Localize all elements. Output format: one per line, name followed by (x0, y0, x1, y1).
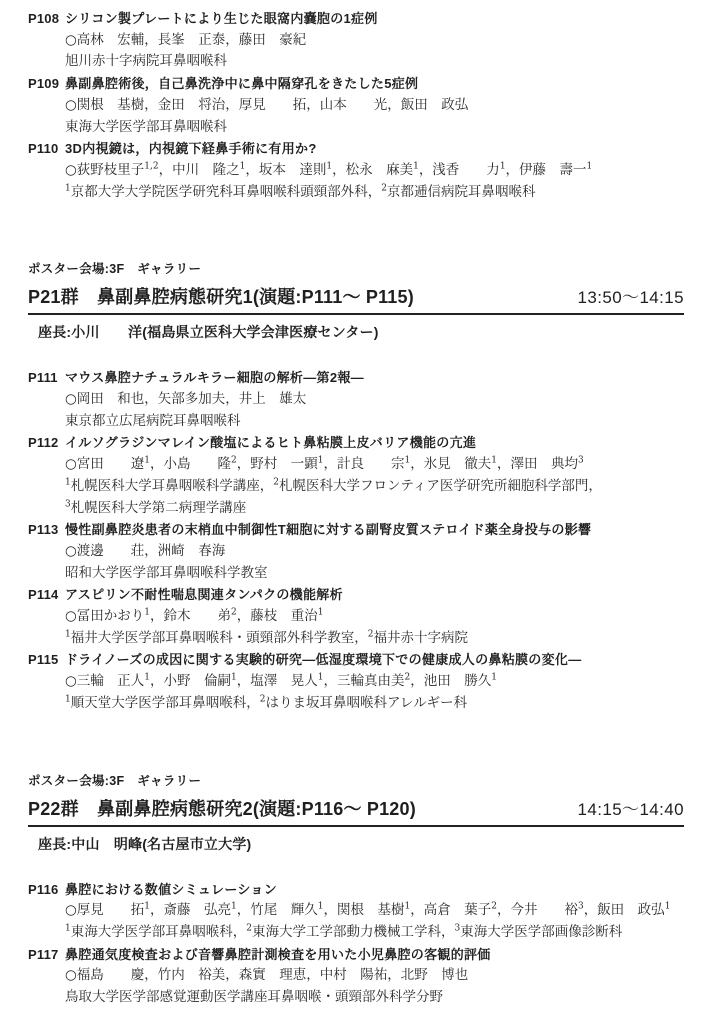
venue-label: ポスター会場:3F ギャラリー (28, 773, 684, 790)
entry-affiliation: 東京都立広尾病院耳鼻咽喉科 (65, 411, 684, 433)
program-entry: P117鼻腔通気度検査および音響鼻腔計測検査を用いた小児鼻腔の客観的評価○福島 … (28, 944, 684, 1009)
entry-authors: ○三輪 正人1，小野 倫嗣1，塩澤 晃人1，三輪真由美2，池田 勝久1 (65, 671, 684, 693)
entry-affiliation: 1順天堂大学医学部耳鼻咽喉科，2はりま坂耳鼻咽喉科アレルギー科 (65, 693, 684, 715)
entry-title: イルソグラジンマレイン酸塩によるヒト鼻粘膜上皮バリア機能の亢進 (65, 432, 684, 454)
entry-title: シリコン製プレートにより生じた眼窩内嚢胞の1症例 (65, 8, 684, 30)
entry-affiliation: 3札幌医科大学第二病理学講座 (65, 498, 684, 520)
entry-affiliation: 1札幌医科大学耳鼻咽喉科学講座，2札幌医科大学フロンティア医学研究所細胞科学部門… (65, 476, 684, 498)
entry-number: P117 (28, 944, 65, 966)
entry-body: 慢性副鼻腔炎患者の末梢血中制御性T細胞に対する副腎皮質ステロイド薬全身投与の影響… (65, 519, 684, 584)
entry-affiliation: 1京都大学大学院医学研究科耳鼻咽喉科頭頸部外科，2京都逓信病院耳鼻咽喉科 (65, 182, 684, 204)
entry-authors: ○渡邊 荘，洲崎 春海 (65, 541, 684, 563)
entry-affiliation: 鳥取大学医学部感覚運動医学講座耳鼻咽喉・頭頸部外科学分野 (65, 987, 684, 1009)
session-entries-list: P111マウス鼻腔ナチュラルキラー細胞の解析―第2報―○岡田 和也，矢部多加夫，… (28, 367, 684, 714)
session-section-p21: ポスター会場:3F ギャラリー P21群 鼻副鼻腔病態研究1(演題:P111〜 … (28, 261, 684, 714)
session-title: P21群 鼻副鼻腔病態研究1(演題:P111〜 P115) (28, 285, 414, 310)
program-entry: P113慢性副鼻腔炎患者の末梢血中制御性T細胞に対する副腎皮質ステロイド薬全身投… (28, 519, 684, 584)
program-entry: P114アスピリン不耐性喘息関連タンパクの機能解析○冨田かおり1，鈴木 弟2，藤… (28, 584, 684, 649)
entry-affiliation: 1福井大学医学部耳鼻咽喉科・頭頸部外科学教室，2福井赤十字病院 (65, 628, 684, 650)
entry-number: P112 (28, 432, 65, 454)
entry-body: 鼻副鼻腔術後，自己鼻洗浄中に鼻中隔穿孔をきたした5症例○関根 基樹，金田 将治，… (65, 73, 684, 138)
entry-authors: ○岡田 和也，矢部多加夫，井上 雄太 (65, 389, 684, 411)
entry-title: 慢性副鼻腔炎患者の末梢血中制御性T細胞に対する副腎皮質ステロイド薬全身投与の影響 (65, 519, 684, 541)
entry-authors: ○荻野枝里子1,2，中川 隆之1，坂本 達則1，松永 麻美1，浅香 力1，伊藤 … (65, 160, 684, 182)
entry-title: 鼻腔通気度検査および音響鼻腔計測検査を用いた小児鼻腔の客観的評価 (65, 944, 684, 966)
chair-label: 座長:小川 洋(福島県立医科大学会津医療センター) (28, 323, 684, 342)
entry-number: P116 (28, 879, 65, 901)
program-entry: P108シリコン製プレートにより生じた眼窩内嚢胞の1症例○高林 宏輔，長峯 正泰… (28, 8, 684, 73)
entry-body: シリコン製プレートにより生じた眼窩内嚢胞の1症例○高林 宏輔，長峯 正泰，藤田 … (65, 8, 684, 73)
entry-number: P111 (28, 367, 65, 389)
session-section-p22: ポスター会場:3F ギャラリー P22群 鼻副鼻腔病態研究2(演題:P116〜 … (28, 773, 684, 1009)
entry-authors: ○厚見 拓1，斎藤 弘亮1，竹尾 輝久1，関根 基樹1，高倉 葉子2，今井 裕3… (65, 900, 684, 922)
entry-body: 3D内視鏡は，内視鏡下経鼻手術に有用か?○荻野枝里子1,2，中川 隆之1，坂本 … (65, 138, 684, 203)
entry-number: P109 (28, 73, 65, 95)
entry-affiliation: 旭川赤十字病院耳鼻咽喉科 (65, 51, 684, 73)
entry-authors: ○宮田 遼1，小島 隆2，野村 一顕1，計良 宗1，氷見 徹夫1，澤田 典均3 (65, 454, 684, 476)
session-header-row: P21群 鼻副鼻腔病態研究1(演題:P111〜 P115) 13:50〜14:1… (28, 285, 684, 310)
entry-title: 鼻副鼻腔術後，自己鼻洗浄中に鼻中隔穿孔をきたした5症例 (65, 73, 684, 95)
entry-title: アスピリン不耐性喘息関連タンパクの機能解析 (65, 584, 684, 606)
entry-body: マウス鼻腔ナチュラルキラー細胞の解析―第2報―○岡田 和也，矢部多加夫，井上 雄… (65, 367, 684, 432)
top-entries-list: P108シリコン製プレートにより生じた眼窩内嚢胞の1症例○高林 宏輔，長峯 正泰… (28, 8, 684, 203)
session-title: P22群 鼻副鼻腔病態研究2(演題:P116〜 P120) (28, 797, 416, 822)
entry-title: 3D内視鏡は，内視鏡下経鼻手術に有用か? (65, 138, 684, 160)
entry-title: 鼻腔における数値シミュレーション (65, 879, 684, 901)
program-entry: P1103D内視鏡は，内視鏡下経鼻手術に有用か?○荻野枝里子1,2，中川 隆之1… (28, 138, 684, 203)
entry-authors: ○冨田かおり1，鈴木 弟2，藤枝 重治1 (65, 606, 684, 628)
session-header-row: P22群 鼻副鼻腔病態研究2(演題:P116〜 P120) 14:15〜14:4… (28, 797, 684, 822)
entry-number: P113 (28, 519, 65, 541)
entry-affiliation: 昭和大学医学部耳鼻咽喉科学教室 (65, 563, 684, 585)
entry-number: P114 (28, 584, 65, 606)
venue-label: ポスター会場:3F ギャラリー (28, 261, 684, 278)
entry-body: イルソグラジンマレイン酸塩によるヒト鼻粘膜上皮バリア機能の亢進○宮田 遼1，小島… (65, 432, 684, 519)
divider-rule (28, 825, 684, 827)
entry-title: マウス鼻腔ナチュラルキラー細胞の解析―第2報― (65, 367, 684, 389)
program-entry: P111マウス鼻腔ナチュラルキラー細胞の解析―第2報―○岡田 和也，矢部多加夫，… (28, 367, 684, 432)
program-page: P108シリコン製プレートにより生じた眼窩内嚢胞の1症例○高林 宏輔，長峯 正泰… (0, 0, 708, 1016)
entry-body: 鼻腔通気度検査および音響鼻腔計測検査を用いた小児鼻腔の客観的評価○福島 慶，竹内… (65, 944, 684, 1009)
program-entry: P116鼻腔における数値シミュレーション○厚見 拓1，斎藤 弘亮1，竹尾 輝久1… (28, 879, 684, 944)
entry-number: P115 (28, 649, 65, 671)
program-entry: P112イルソグラジンマレイン酸塩によるヒト鼻粘膜上皮バリア機能の亢進○宮田 遼… (28, 432, 684, 519)
entry-affiliation: 1東海大学医学部耳鼻咽喉科，2東海大学工学部動力機械工学科，3東海大学医学部画像… (65, 922, 684, 944)
chair-label: 座長:中山 明峰(名古屋市立大学) (28, 835, 684, 854)
session-entries-list: P116鼻腔における数値シミュレーション○厚見 拓1，斎藤 弘亮1，竹尾 輝久1… (28, 879, 684, 1009)
session-time: 13:50〜14:15 (578, 285, 684, 310)
session-time: 14:15〜14:40 (578, 797, 684, 822)
entry-authors: ○高林 宏輔，長峯 正泰，藤田 豪紀 (65, 30, 684, 52)
entry-body: 鼻腔における数値シミュレーション○厚見 拓1，斎藤 弘亮1，竹尾 輝久1，関根 … (65, 879, 684, 944)
entry-title: ドライノーズの成因に関する実験的研究―低湿度環境下での健康成人の鼻粘膜の変化― (65, 649, 684, 671)
program-entry: P115ドライノーズの成因に関する実験的研究―低湿度環境下での健康成人の鼻粘膜の… (28, 649, 684, 714)
entry-affiliation: 東海大学医学部耳鼻咽喉科 (65, 117, 684, 139)
entry-authors: ○関根 基樹，金田 将治，厚見 拓，山本 光，飯田 政弘 (65, 95, 684, 117)
entry-body: アスピリン不耐性喘息関連タンパクの機能解析○冨田かおり1，鈴木 弟2，藤枝 重治… (65, 584, 684, 649)
program-entry: P109鼻副鼻腔術後，自己鼻洗浄中に鼻中隔穿孔をきたした5症例○関根 基樹，金田… (28, 73, 684, 138)
entry-body: ドライノーズの成因に関する実験的研究―低湿度環境下での健康成人の鼻粘膜の変化―○… (65, 649, 684, 714)
entry-number: P110 (28, 138, 65, 160)
entry-number: P108 (28, 8, 65, 30)
entry-authors: ○福島 慶，竹内 裕美，森實 理恵，中村 陽祐，北野 博也 (65, 965, 684, 987)
divider-rule (28, 313, 684, 315)
